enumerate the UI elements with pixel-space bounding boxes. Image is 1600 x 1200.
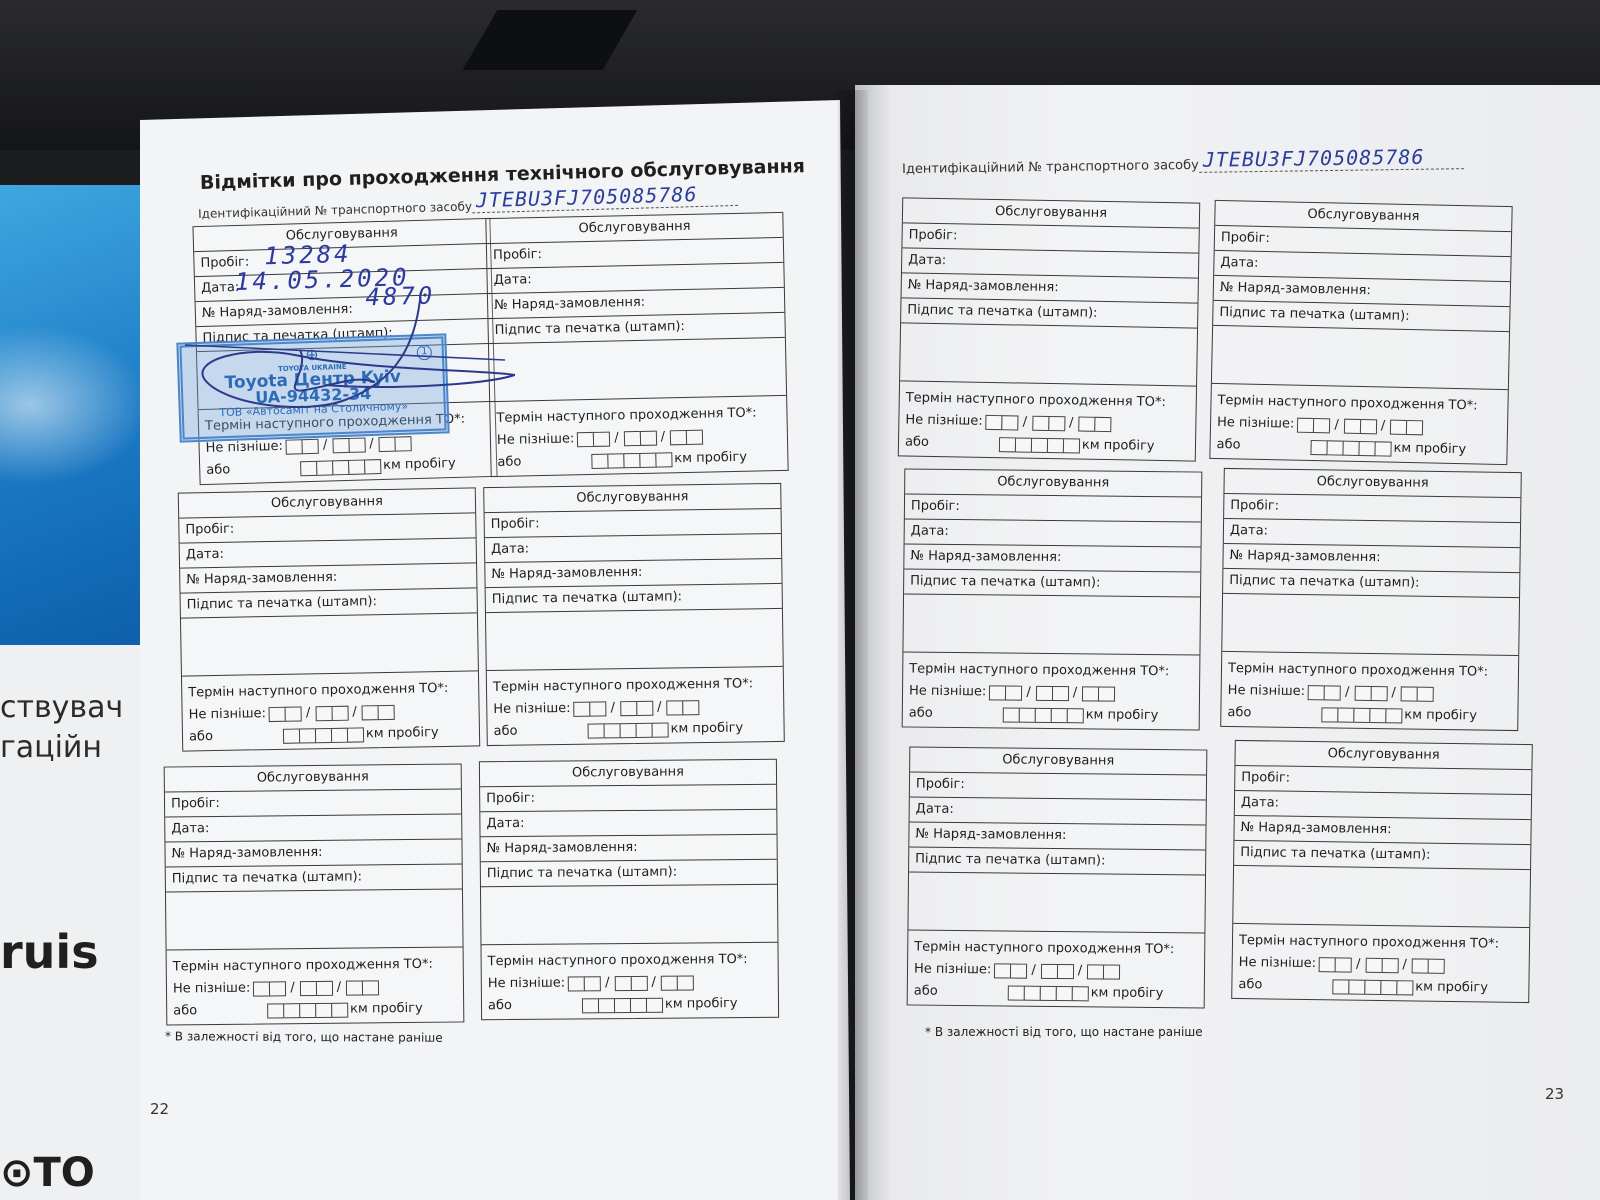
or-label: або — [1227, 702, 1251, 724]
signature-label: Підпис та печатка (штамп): — [1229, 573, 1419, 591]
mileage-row[interactable]: Пробіг: — [480, 785, 776, 813]
work-order-label: № Наряд-замовлення: — [186, 570, 337, 588]
month-boxes[interactable] — [1344, 418, 1376, 434]
km-row: або км пробігу — [909, 703, 1193, 728]
date-label: Дата: — [493, 272, 531, 288]
date-label: Дата: — [491, 541, 529, 557]
day-boxes[interactable] — [986, 414, 1018, 430]
service-record-form: Обслуговування Пробіг: Дата: № Наряд-зам… — [164, 763, 465, 1025]
signature-label: Підпис та печатка (штамп): — [495, 319, 685, 338]
signature-label: Підпис та печатка (штамп): — [187, 594, 377, 612]
or-label: або — [1216, 434, 1240, 456]
km-boxes[interactable] — [582, 997, 662, 1013]
day-boxes[interactable] — [994, 963, 1026, 978]
month-boxes[interactable] — [1036, 685, 1068, 700]
next-service-section: Термін наступного проходження ТО*: Не пі… — [487, 667, 784, 745]
km-boxes[interactable] — [300, 459, 380, 476]
next-service-section: Термін наступного проходження ТО*: Не пі… — [1232, 924, 1529, 1002]
mileage-label: Пробіг: — [493, 247, 542, 263]
signature-area[interactable] — [903, 594, 1200, 655]
next-service-label: Термін наступного проходження ТО*: — [909, 659, 1193, 684]
month-boxes[interactable] — [624, 430, 656, 446]
mileage-row[interactable]: Пробіг: — [905, 494, 1201, 522]
page-number: 22 — [150, 1100, 169, 1118]
not-later-label: Не пізніше: — [1228, 680, 1306, 703]
km-row: або км пробігу — [173, 998, 457, 1023]
km-boxes[interactable] — [1008, 985, 1088, 1001]
month-boxes[interactable] — [620, 700, 652, 715]
km-boxes[interactable] — [591, 452, 671, 469]
day-boxes[interactable] — [1297, 417, 1329, 433]
km-row: або км пробігу — [493, 717, 777, 743]
km-boxes[interactable] — [1003, 707, 1083, 723]
work-order-label: № Наряд-замовлення: — [487, 840, 638, 856]
mileage-label: Пробіг: — [1241, 770, 1290, 786]
or-label: або — [206, 459, 231, 482]
not-later-label: Не пізніше: — [909, 681, 987, 704]
toyota-logo-icon: ⊙TO — [0, 1150, 95, 1196]
mileage-label: Пробіг: — [491, 516, 540, 532]
km-label: км пробігу — [1393, 438, 1466, 462]
not-later-label: Не пізніше: — [497, 428, 575, 452]
or-label: або — [488, 995, 512, 1017]
date-label: Дата: — [1241, 795, 1279, 811]
date-label: Дата: — [1230, 523, 1268, 539]
signature-area[interactable] — [900, 323, 1197, 386]
form-header: Обслуговування — [165, 764, 461, 792]
signature-area[interactable] — [166, 889, 463, 950]
day-boxes[interactable] — [253, 981, 285, 996]
not-later-date-row: Не пізніше: / / — [173, 976, 457, 1001]
next-service-label: Термін наступного проходження ТО*: — [488, 949, 772, 973]
signature-row: Підпис та печатка (штамп): — [481, 860, 777, 888]
next-service-label: Термін наступного проходження ТО*: — [914, 937, 1198, 962]
vin-value: JTEBU3FJ705085786 — [1199, 144, 1465, 173]
footnote: * В залежності від того, що настане рані… — [925, 1025, 1203, 1039]
km-label: км пробігу — [674, 447, 747, 471]
mileage-row[interactable]: Пробіг: — [165, 789, 461, 817]
year-boxes[interactable] — [1078, 416, 1110, 432]
not-later-label: Не пізніше: — [488, 973, 566, 996]
km-label: км пробігу — [366, 722, 439, 745]
km-row: або км пробігу — [1238, 974, 1522, 1000]
work-order-label: № Наряд-замовлення: — [915, 827, 1066, 844]
mileage-label: Пробіг: — [171, 796, 220, 812]
manual-cover-image — [0, 185, 150, 645]
next-service-section: Термін наступного проходження ТО*: Не пі… — [490, 396, 787, 476]
next-service-label: Термін наступного проходження ТО*: — [173, 954, 457, 979]
booklet-spine — [838, 90, 868, 1200]
or-label: або — [909, 703, 933, 725]
signature-area[interactable] — [481, 885, 777, 946]
date-label: Дата: — [908, 253, 946, 269]
service-record-form: Обслуговування Пробіг: Дата: № Наряд-зам… — [479, 759, 779, 1021]
month-boxes[interactable] — [1354, 685, 1386, 700]
next-service-section: Термін наступного проходження ТО*: Не пі… — [167, 947, 464, 1024]
service-record-form: Обслуговування Пробіг: Дата: № Наряд-зам… — [907, 746, 1208, 1008]
year-boxes[interactable] — [378, 436, 410, 452]
month-boxes[interactable] — [332, 437, 364, 453]
signature-label: Підпис та печатка (штамп): — [1240, 845, 1430, 863]
date-label: Дата: — [1220, 255, 1258, 271]
date-row[interactable]: Дата: — [910, 797, 1206, 825]
mileage-label: Пробіг: — [1230, 498, 1279, 514]
date-label: Дата: — [186, 547, 224, 563]
signature-area[interactable] — [486, 609, 783, 671]
km-boxes[interactable] — [1310, 439, 1390, 456]
km-row: або км пробігу — [914, 981, 1198, 1006]
not-later-date-row: Не пізніше: / / — [1228, 680, 1512, 706]
year-boxes[interactable] — [346, 980, 378, 995]
work-order-label: № Наряд-замовлення: — [494, 295, 645, 313]
signature-label: Підпис та печатка (штамп): — [915, 852, 1105, 869]
service-record-form: Обслуговування Пробіг: Дата: № Наряд-зам… — [902, 468, 1203, 730]
day-boxes[interactable] — [286, 438, 318, 454]
next-service-section: Термін наступного проходження ТО*: Не пі… — [481, 943, 778, 1020]
year-boxes[interactable] — [1082, 686, 1114, 701]
service-record-form: Обслуговування Пробіг: Дата: № Наряд-зам… — [1220, 468, 1522, 731]
year-boxes[interactable] — [362, 704, 394, 720]
not-later-label: Не пізніше: — [173, 978, 251, 1001]
km-row: або км пробігу — [905, 432, 1189, 459]
signature-label: Підпис та печатка (штамп): — [1219, 305, 1409, 324]
day-boxes[interactable] — [269, 706, 301, 722]
month-boxes[interactable] — [1365, 957, 1397, 972]
signature-label: Підпис та печатка (штамп): — [492, 589, 682, 607]
date-row[interactable]: Дата: — [905, 519, 1201, 547]
or-label: або — [497, 451, 521, 473]
mileage-label: Пробіг: — [185, 522, 234, 538]
not-later-label: Не пізніше: — [1217, 412, 1295, 436]
not-later-date-row: Не пізніше: / / — [488, 971, 772, 995]
owners-manual-cover: ствувач гаційн ruis ⊙TO — [0, 185, 150, 1200]
date-label: Дата: — [171, 821, 209, 836]
signature-area[interactable] — [908, 872, 1205, 933]
day-boxes[interactable] — [577, 431, 609, 447]
year-boxes[interactable] — [1087, 964, 1119, 979]
work-order-label: № Наряд-замовлення: — [1229, 548, 1380, 565]
km-boxes[interactable] — [283, 727, 363, 743]
next-service-section: Термін наступного проходження ТО*: Не пі… — [182, 671, 479, 750]
date-label: Дата: — [916, 802, 954, 817]
form-header: Обслуговування — [480, 760, 776, 788]
manual-cover-text: гаційн — [0, 730, 102, 765]
mileage-label: Пробіг: — [916, 777, 965, 793]
month-boxes[interactable] — [1032, 415, 1064, 431]
or-label: або — [173, 1000, 197, 1022]
next-service-section: Термін наступного проходження ТО*: Не пі… — [899, 381, 1196, 460]
signature-label: Підпис та печатка (штамп): — [907, 303, 1097, 321]
km-label: км пробігу — [350, 998, 423, 1021]
footnote: * В залежності від того, що настане рані… — [165, 1029, 443, 1044]
work-order-label: № Наряд-замовлення: — [1240, 820, 1391, 837]
km-label: км пробігу — [1086, 704, 1159, 727]
next-service-section: Термін наступного проходження ТО*: Не пі… — [1210, 384, 1507, 464]
year-boxes[interactable] — [661, 975, 693, 990]
km-label: км пробігу — [383, 453, 456, 477]
work-order-label: № Наряд-замовлення: — [202, 302, 353, 321]
signature-row: Підпис та печатка (штамп): — [904, 569, 1200, 597]
service-record-form: Обслуговування Пробіг: Дата: № Наряд-зам… — [898, 197, 1200, 461]
km-label: км пробігу — [670, 717, 743, 740]
not-later-date-row: Не пізніше: / / — [914, 959, 1198, 984]
work-order-row[interactable]: № Наряд-замовлення: — [904, 544, 1200, 572]
signature-label: Підпис та печатка (штамп): — [910, 574, 1100, 591]
km-row: або км пробігу — [1227, 702, 1511, 728]
or-label: або — [905, 432, 929, 454]
signature-area[interactable] — [489, 338, 786, 402]
day-boxes[interactable] — [1308, 685, 1340, 700]
date-row[interactable]: Дата: — [165, 814, 461, 842]
day-boxes[interactable] — [1319, 957, 1351, 972]
signature-area[interactable] — [1233, 866, 1530, 928]
km-label: км пробігу — [1404, 704, 1477, 727]
km-label: км пробігу — [1091, 982, 1164, 1005]
signature-area[interactable] — [1222, 594, 1519, 656]
year-boxes[interactable] — [670, 429, 702, 445]
km-row: або км пробігу — [488, 993, 772, 1017]
not-later-label: Не пізніше: — [493, 698, 571, 721]
mileage-row[interactable]: Пробіг: — [910, 772, 1206, 800]
mileage-label: Пробіг: — [486, 791, 535, 806]
date-row[interactable]: Дата: — [480, 810, 776, 838]
km-label: км пробігу — [1082, 435, 1155, 458]
manual-cover-text: ствувач — [0, 690, 123, 725]
not-later-label: Не пізніше: — [1239, 952, 1317, 975]
month-boxes[interactable] — [300, 980, 332, 995]
km-boxes[interactable] — [587, 722, 667, 738]
form-header: Обслуговування — [905, 469, 1201, 497]
signature-label: Підпис та печатка (штамп): — [172, 869, 362, 886]
work-order-label: № Наряд-замовлення: — [910, 549, 1061, 566]
month-boxes[interactable] — [315, 705, 347, 721]
day-boxes[interactable] — [568, 976, 600, 991]
signature-area[interactable] — [1212, 326, 1509, 390]
work-order-value: 4870 — [365, 283, 435, 309]
km-row: або км пробігу — [1216, 434, 1500, 462]
year-boxes[interactable] — [1401, 686, 1433, 701]
year-boxes[interactable] — [666, 700, 698, 715]
month-boxes[interactable] — [1041, 963, 1073, 978]
service-record-form: Обслуговування Пробіг: Дата: № Наряд-зам… — [178, 487, 480, 751]
year-boxes[interactable] — [1390, 419, 1422, 435]
next-service-section: Термін наступного проходження ТО*: Не пі… — [1221, 652, 1518, 730]
work-order-label: № Наряд-замовлення: — [1220, 280, 1371, 298]
signature-row: Підпис та печатка (штамп): — [166, 864, 462, 892]
km-boxes[interactable] — [1321, 707, 1401, 723]
km-boxes[interactable] — [1332, 979, 1412, 995]
or-label: або — [914, 981, 938, 1003]
not-later-date-row: Не пізніше: / / — [909, 681, 1193, 706]
manual-model-name: ruis — [0, 925, 99, 979]
signature-row: Підпис та печатка (штамп): — [909, 847, 1205, 875]
work-order-row[interactable]: № Наряд-замовлення: — [165, 839, 461, 867]
next-service-section: Термін наступного проходження ТО*: Не пі… — [903, 652, 1200, 729]
day-boxes[interactable] — [574, 701, 606, 716]
dealer-stamp: 1 ⊕ TOYOTA UKRAINE Toyota Центр Kyiv UA-… — [176, 333, 449, 442]
mileage-label: Пробіг: — [911, 499, 960, 515]
work-order-label: № Наряд-замовлення: — [908, 278, 1059, 296]
not-later-label: Не пізніше: — [905, 410, 983, 433]
km-boxes[interactable] — [267, 1002, 347, 1018]
service-record-form: Обслуговування Пробіг: Дата: № Наряд-зам… — [1209, 200, 1512, 465]
mileage-label: Пробіг: — [1221, 230, 1270, 246]
next-service-label: Термін наступного проходження ТО*: — [493, 673, 777, 699]
next-service-section: Термін наступного проходження ТО*: Не пі… — [908, 930, 1205, 1007]
date-label: Дата: — [486, 816, 524, 831]
page-number: 23 — [1545, 1085, 1564, 1103]
work-order-row[interactable]: № Наряд-замовлення: — [481, 835, 777, 863]
not-later-label: Не пізніше: — [188, 703, 266, 726]
service-record-form: Обслуговування Пробіг: Дата: № Наряд-зам… — [1231, 740, 1533, 1003]
service-record-form: Обслуговування Пробіг: Дата: № Наряд-зам… — [483, 483, 785, 746]
date-label: Дата: — [201, 280, 239, 296]
date-label: Дата: — [911, 524, 949, 539]
km-label: км пробігу — [665, 993, 738, 1016]
or-label: або — [189, 726, 213, 748]
signature-area[interactable] — [181, 613, 478, 676]
km-boxes[interactable] — [999, 437, 1079, 453]
service-record-form: Обслуговування Пробіг: Дата: № Наряд-зам… — [485, 212, 788, 477]
form-header: Обслуговування — [910, 747, 1206, 775]
not-later-date-row: Не пізніше: / / — [1239, 952, 1523, 978]
signature-label: Підпис та печатка (штамп): — [487, 865, 677, 882]
year-boxes[interactable] — [1412, 958, 1444, 973]
work-order-row[interactable]: № Наряд-замовлення: — [909, 822, 1205, 850]
km-label: км пробігу — [1415, 976, 1488, 999]
work-order-label: № Наряд-замовлення: — [491, 565, 642, 582]
day-boxes[interactable] — [989, 685, 1021, 700]
or-label: або — [493, 721, 517, 743]
work-order-label: № Наряд-замовлення: — [171, 845, 322, 862]
or-label: або — [1238, 974, 1262, 996]
not-later-label: Не пізніше: — [914, 959, 992, 982]
month-boxes[interactable] — [614, 975, 646, 990]
mileage-label: Пробіг: — [908, 228, 957, 244]
